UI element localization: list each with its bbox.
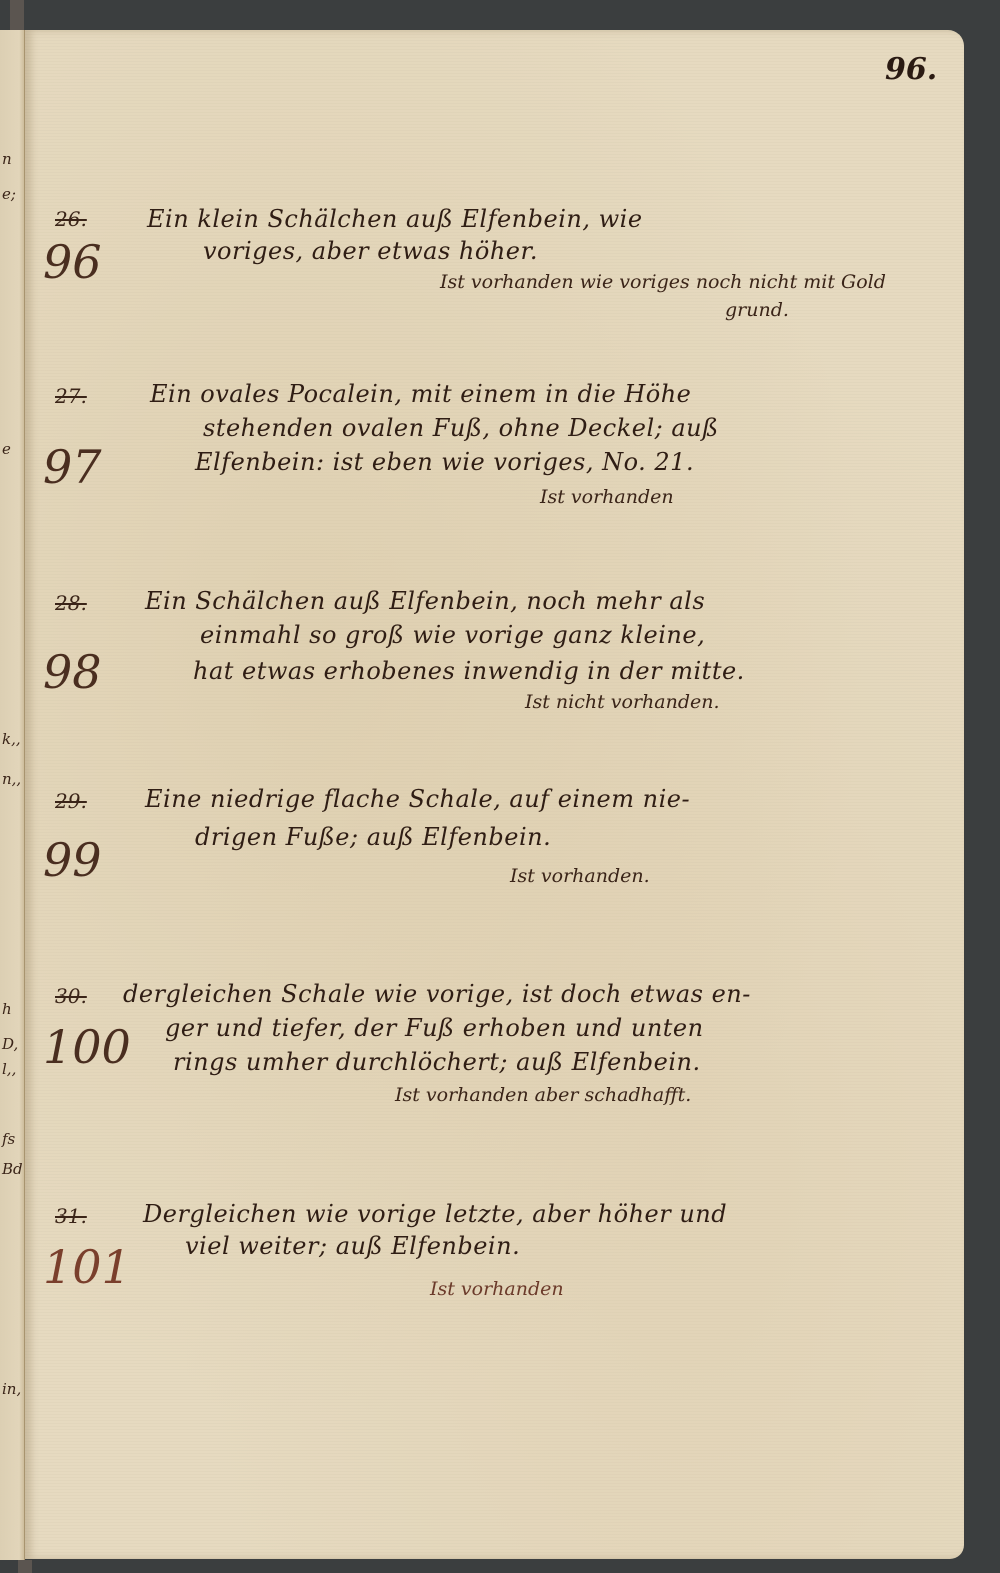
old-entry-number: 27.: [55, 384, 87, 408]
status-note: grund.: [725, 299, 789, 321]
entry-text-line: Elfenbein: ist eben wie voriges, No. 21.: [195, 448, 694, 476]
left-page-fragment: k,,: [2, 730, 21, 748]
entry-text-line: Eine niedrige flache Schale, auf einem n…: [145, 785, 690, 813]
left-page-fragment: D,: [2, 1035, 18, 1053]
book-spine-bottom: [18, 1560, 32, 1573]
status-note: Ist vorhanden.: [510, 865, 650, 887]
entry-text-line: Ein klein Schälchen auß Elfenbein, wie: [147, 205, 643, 233]
old-entry-number: 30.: [55, 984, 87, 1008]
entry-text-line: viel weiter; auß Elfenbein.: [185, 1232, 520, 1260]
entry-text-line: einmahl so groß wie vorige ganz kleine,: [200, 621, 705, 649]
status-note: Ist vorhanden: [430, 1278, 564, 1300]
entry-text-line: rings umher durchlöchert; auß Elfenbein.: [173, 1048, 701, 1076]
left-page-fragment: e: [2, 440, 11, 458]
left-page-fragment: h: [2, 1000, 12, 1018]
entry-text-line: stehenden ovalen Fuß, ohne Deckel; auß: [203, 414, 719, 442]
old-entry-number: 29.: [55, 789, 87, 813]
entry-text-line: Dergleichen wie vorige letzte, aber höhe…: [143, 1200, 727, 1228]
status-note: Ist nicht vorhanden.: [525, 691, 720, 713]
entry-text-line: hat etwas erhobenes inwendig in der mitt…: [193, 657, 745, 685]
status-note: Ist vorhanden: [540, 486, 674, 508]
entry-text-line: Ein Schälchen auß Elfenbein, noch mehr a…: [145, 587, 705, 615]
status-note: Ist vorhanden aber schadhafft.: [395, 1084, 691, 1106]
previous-page-edge: n e; e k,, n,, h D, l,, fs Bd in,: [0, 30, 25, 1560]
left-page-fragment: n: [2, 150, 12, 168]
new-entry-number: 97: [43, 440, 102, 494]
left-page-fragment: e;: [2, 185, 16, 203]
new-entry-number: 101: [43, 1240, 131, 1294]
manuscript-page: 96. 26. 96 Ein klein Schälchen auß Elfen…: [25, 30, 964, 1559]
status-note: Ist vorhanden wie voriges noch nicht mit…: [440, 271, 886, 293]
old-entry-number: 26.: [55, 207, 87, 231]
old-entry-number: 31.: [55, 1204, 87, 1228]
left-page-fragment: in,: [2, 1380, 21, 1398]
left-page-fragment: n,,: [2, 770, 21, 788]
entry-text-line: ger und tiefer, der Fuß erhoben und unte…: [165, 1014, 704, 1042]
old-entry-number: 28.: [55, 591, 87, 615]
entry-text-line: drigen Fuße; auß Elfenbein.: [195, 823, 551, 851]
book-spine-top: [10, 0, 24, 30]
entry-text-line: dergleichen Schale wie vorige, ist doch …: [123, 980, 751, 1008]
folio-number: 96.: [885, 52, 937, 87]
entry-text-line: Ein ovales Pocalein, mit einem in die Hö…: [150, 380, 691, 408]
new-entry-number: 96: [43, 235, 102, 289]
new-entry-number: 98: [43, 645, 102, 699]
left-page-fragment: fs: [2, 1130, 15, 1148]
new-entry-number: 100: [43, 1020, 131, 1074]
left-page-fragment: Bd: [2, 1160, 23, 1178]
new-entry-number: 99: [43, 833, 102, 887]
entry-text-line: voriges, aber etwas höher.: [203, 237, 538, 265]
left-page-fragment: l,,: [2, 1060, 16, 1078]
